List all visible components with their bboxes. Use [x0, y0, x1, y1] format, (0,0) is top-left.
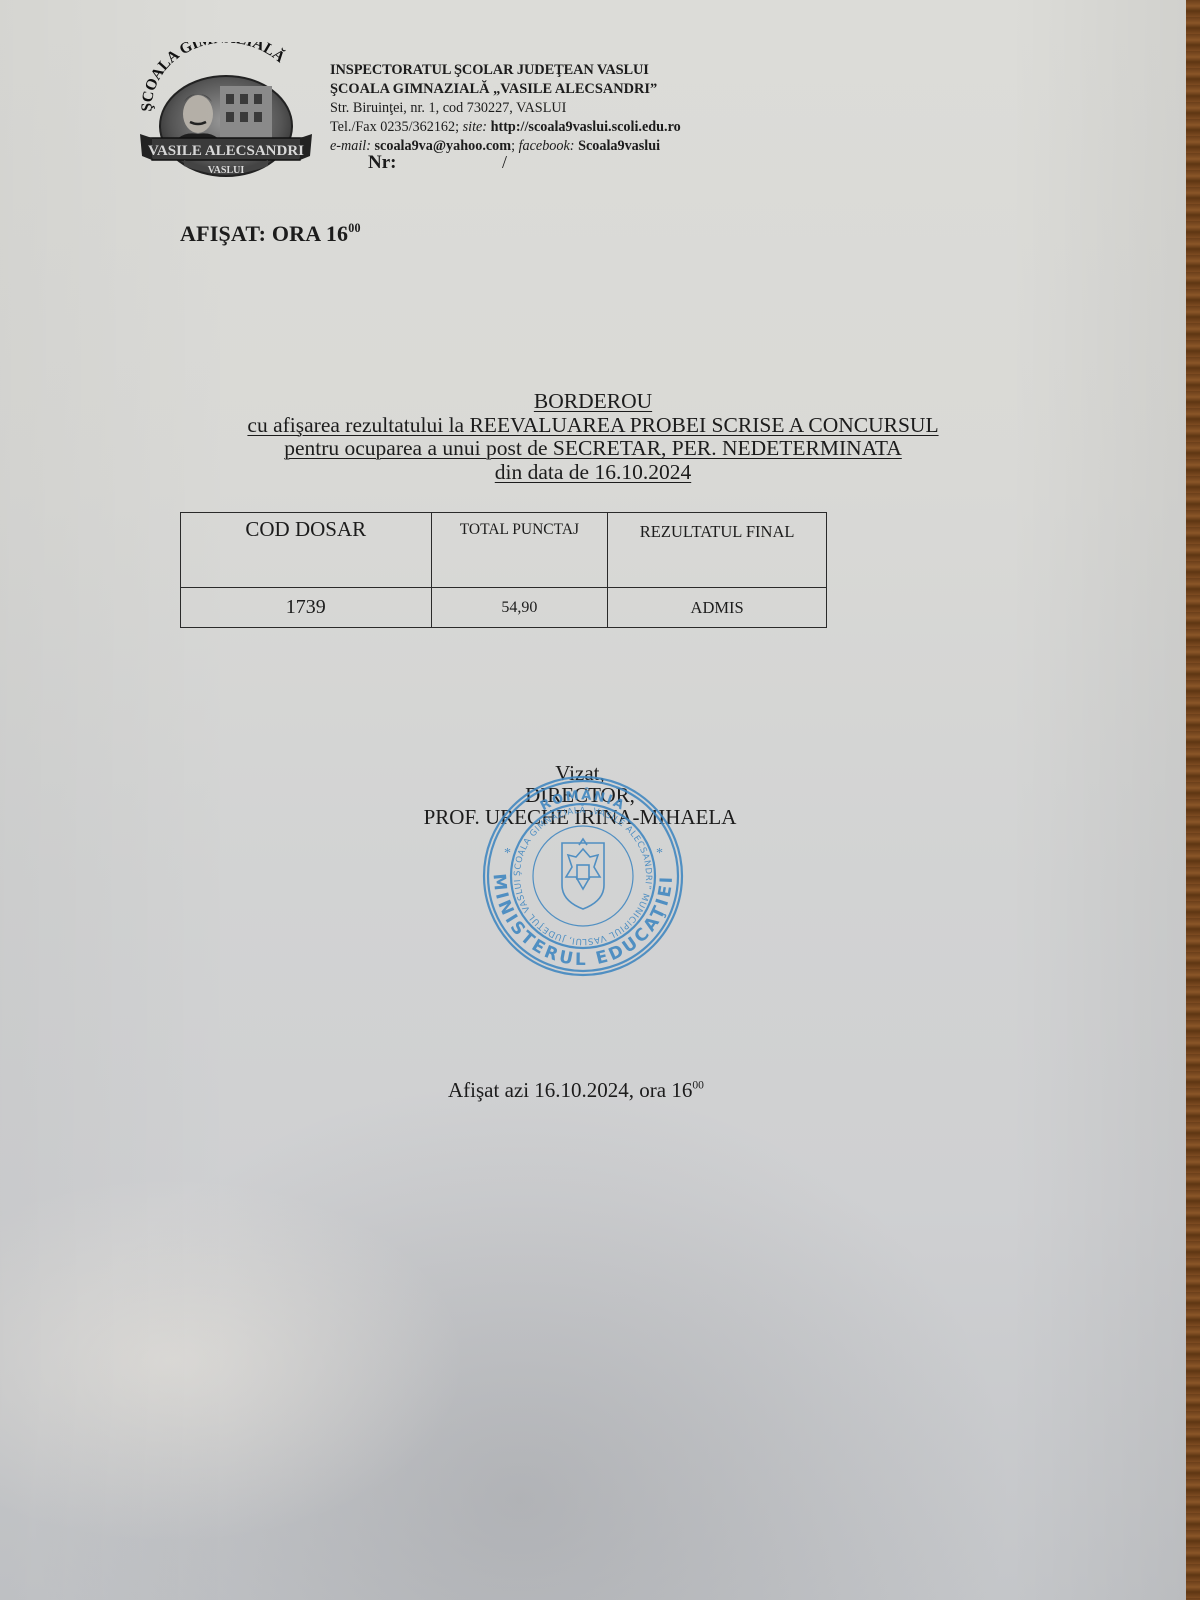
column-header-file-code: COD DOSAR: [181, 513, 432, 588]
facebook-label: facebook:: [519, 138, 575, 154]
cell-total-score: 54,90: [431, 588, 608, 628]
column-header-total-score: TOTAL PUNCTAJ: [431, 513, 608, 588]
posted-time-footer: Afişat azi 16.10.2024, ora 1600: [448, 1078, 704, 1103]
document-page: VASILE ALECSANDRI VASLUI ŞCOALA GIMNAZIA…: [0, 0, 1187, 1600]
letterhead: INSPECTORATUL ŞCOLAR JUDEŢEAN VASLUI ŞCO…: [330, 61, 681, 156]
table-row: 1739 54,90 ADMIS: [181, 588, 827, 628]
phone: Tel./Fax 0235/362162;: [330, 119, 459, 135]
cell-file-code: 1739: [181, 588, 432, 628]
stamp-seal-icon: MINISTERUL EDUCAŢIEI ROMÂNIA * * ŞCOALA …: [480, 773, 686, 979]
institution-name: INSPECTORATUL ŞCOLAR JUDEŢEAN VASLUI: [330, 61, 681, 80]
document-title: BORDEROU cu afişarea rezultatului la REE…: [180, 390, 1006, 484]
title-line-2: pentru ocuparea a unui post de SECRETAR,…: [284, 436, 902, 460]
school-crest-icon: VASILE ALECSANDRI VASLUI ŞCOALA GIMNAZIA…: [138, 42, 314, 182]
facebook-link[interactable]: Scoala9vaslui: [578, 138, 660, 154]
results-table: COD DOSAR TOTAL PUNCTAJ REZULTATUL FINAL…: [180, 512, 827, 628]
svg-text:*: *: [656, 846, 663, 861]
site-label: site:: [463, 119, 487, 135]
school-logo: VASILE ALECSANDRI VASLUI ŞCOALA GIMNAZIA…: [138, 42, 314, 182]
cell-final-result: ADMIS: [608, 588, 827, 628]
wooden-desk-edge: [1186, 0, 1200, 1600]
svg-text:VASILE ALECSANDRI: VASILE ALECSANDRI: [148, 143, 304, 159]
official-stamp: MINISTERUL EDUCAŢIEI ROMÂNIA * * ŞCOALA …: [480, 773, 686, 979]
svg-text:VASLUI: VASLUI: [208, 165, 245, 176]
contact-line: Tel./Fax 0235/362162; site: http://scoal…: [330, 118, 681, 137]
title-heading: BORDEROU: [534, 389, 652, 413]
registration-number-label: Nr:: [368, 152, 396, 174]
posted-time-header: AFIŞAT: ORA 1600: [180, 221, 361, 247]
title-line-1: cu afişarea rezultatului la REEVALUAREA …: [247, 413, 938, 437]
school-address: Str. Biruinţei, nr. 1, cod 730227, VASLU…: [330, 99, 681, 118]
site-link[interactable]: http://scoala9vaslui.scoli.edu.ro: [491, 119, 681, 135]
registration-number-separator: /: [502, 152, 507, 173]
email-label: e-mail:: [330, 138, 371, 154]
svg-text:*: *: [504, 846, 511, 861]
svg-text:ŞCOALA GIMNAZIALĂ „VASILE ALEC: ŞCOALA GIMNAZIALĂ „VASILE ALECSANDRI” MU…: [513, 804, 653, 946]
title-line-3: din data de 16.10.2024: [495, 460, 691, 484]
table-header-row: COD DOSAR TOTAL PUNCTAJ REZULTATUL FINAL: [181, 513, 827, 588]
school-name: ŞCOALA GIMNAZIALĂ „VASILE ALECSANDRI”: [330, 80, 681, 99]
column-header-final-result: REZULTATUL FINAL: [608, 513, 827, 588]
